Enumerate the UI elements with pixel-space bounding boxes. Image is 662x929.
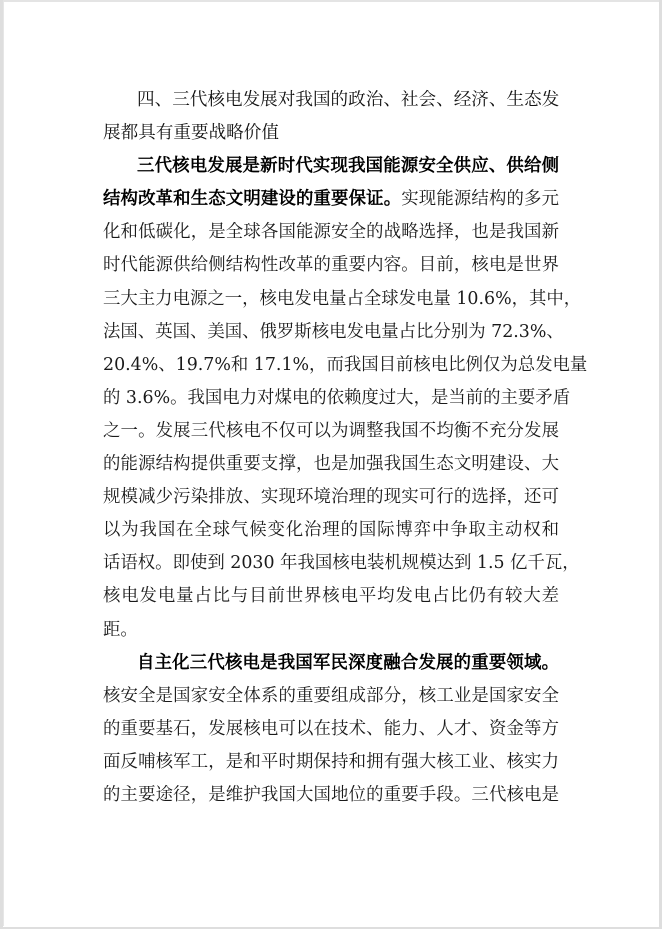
heading-line: 四、三代核电发展对我国的政治、社会、经济、生态发 bbox=[103, 84, 559, 117]
paragraph-energy-security: 三代核电发展是新时代实现我国能源安全供应、供给侧 结构改革和生态文明建设的重要保… bbox=[103, 150, 559, 646]
paragraph-line: 核安全是国家安全体系的重要组成部分，核工业是国家安全 bbox=[103, 680, 559, 713]
paragraph-line: 规模减少污染排放、实现环境治理的现实可行的选择，还可 bbox=[103, 481, 559, 514]
paragraph-line: 的重要基石，发展核电可以在技术、能力、人才、资金等方 bbox=[103, 713, 559, 746]
paragraph-line: 的主要途径，是维护我国大国地位的重要手段。三代核电是 bbox=[103, 779, 559, 812]
paragraph-civil-military-integration: 自主化三代核电是我国军民深度融合发展的重要领域。 核安全是国家安全体系的重要组成… bbox=[103, 647, 559, 812]
paragraph-line: 话语权。即使到 2030 年我国核电装机规模达到 1.5 亿千瓦， bbox=[103, 547, 559, 580]
paragraph-line: 三代核电发展是新时代实现我国能源安全供应、供给侧 bbox=[103, 150, 559, 183]
paragraph-line: 面反哺核军工，是和平时期保持和拥有强大核工业、核实力 bbox=[103, 746, 559, 779]
line-text: 实现能源结构的多元 bbox=[401, 189, 559, 209]
paragraph-line: 化和低碳化，是全球各国能源安全的战略选择，也是我国新 bbox=[103, 216, 559, 249]
paragraph-line: 三大主力电源之一，核电发电量占全球发电量 10.6%，其中， bbox=[103, 283, 559, 316]
paragraph-line: 之一。发展三代核电不仅可以为调整我国不均衡不充分发展 bbox=[103, 415, 559, 448]
section-heading: 四、三代核电发展对我国的政治、社会、经济、生态发 展都具有重要战略价值 bbox=[103, 84, 559, 150]
bold-lead-sentence: 结构改革和生态文明建设的重要保证。 bbox=[103, 189, 401, 209]
bold-lead-sentence: 三代核电发展是新时代实现我国能源安全供应、供给侧 bbox=[137, 156, 559, 176]
paragraph-line: 以为我国在全球气候变化治理的国际博弈中争取主动权和 bbox=[103, 514, 559, 547]
document-body: 四、三代核电发展对我国的政治、社会、经济、生态发 展都具有重要战略价值 三代核电… bbox=[103, 84, 559, 812]
paragraph-line: 结构改革和生态文明建设的重要保证。实现能源结构的多元 bbox=[103, 183, 559, 216]
paragraph-line: 距。 bbox=[103, 614, 559, 647]
paragraph-line: 的能源结构提供重要支撑，也是加强我国生态文明建设、大 bbox=[103, 448, 559, 481]
heading-line: 展都具有重要战略价值 bbox=[103, 117, 559, 150]
paragraph-line: 核电发电量占比与目前世界核电平均发电占比仍有较大差 bbox=[103, 580, 559, 613]
bold-lead-sentence: 自主化三代核电是我国军民深度融合发展的重要领域。 bbox=[137, 653, 559, 673]
paragraph-line: 法国、英国、美国、俄罗斯核电发电量占比分别为 72.3%、 bbox=[103, 316, 559, 349]
paragraph-line: 时代能源供给侧结构性改革的重要内容。目前，核电是世界 bbox=[103, 249, 559, 282]
paragraph-line: 20.4%、19.7%和 17.1%，而我国目前核电比例仅为总发电量 bbox=[103, 349, 559, 382]
paragraph-line: 的 3.6%。我国电力对煤电的依赖度过大，是当前的主要矛盾 bbox=[103, 382, 559, 415]
paragraph-line: 自主化三代核电是我国军民深度融合发展的重要领域。 bbox=[103, 647, 559, 680]
